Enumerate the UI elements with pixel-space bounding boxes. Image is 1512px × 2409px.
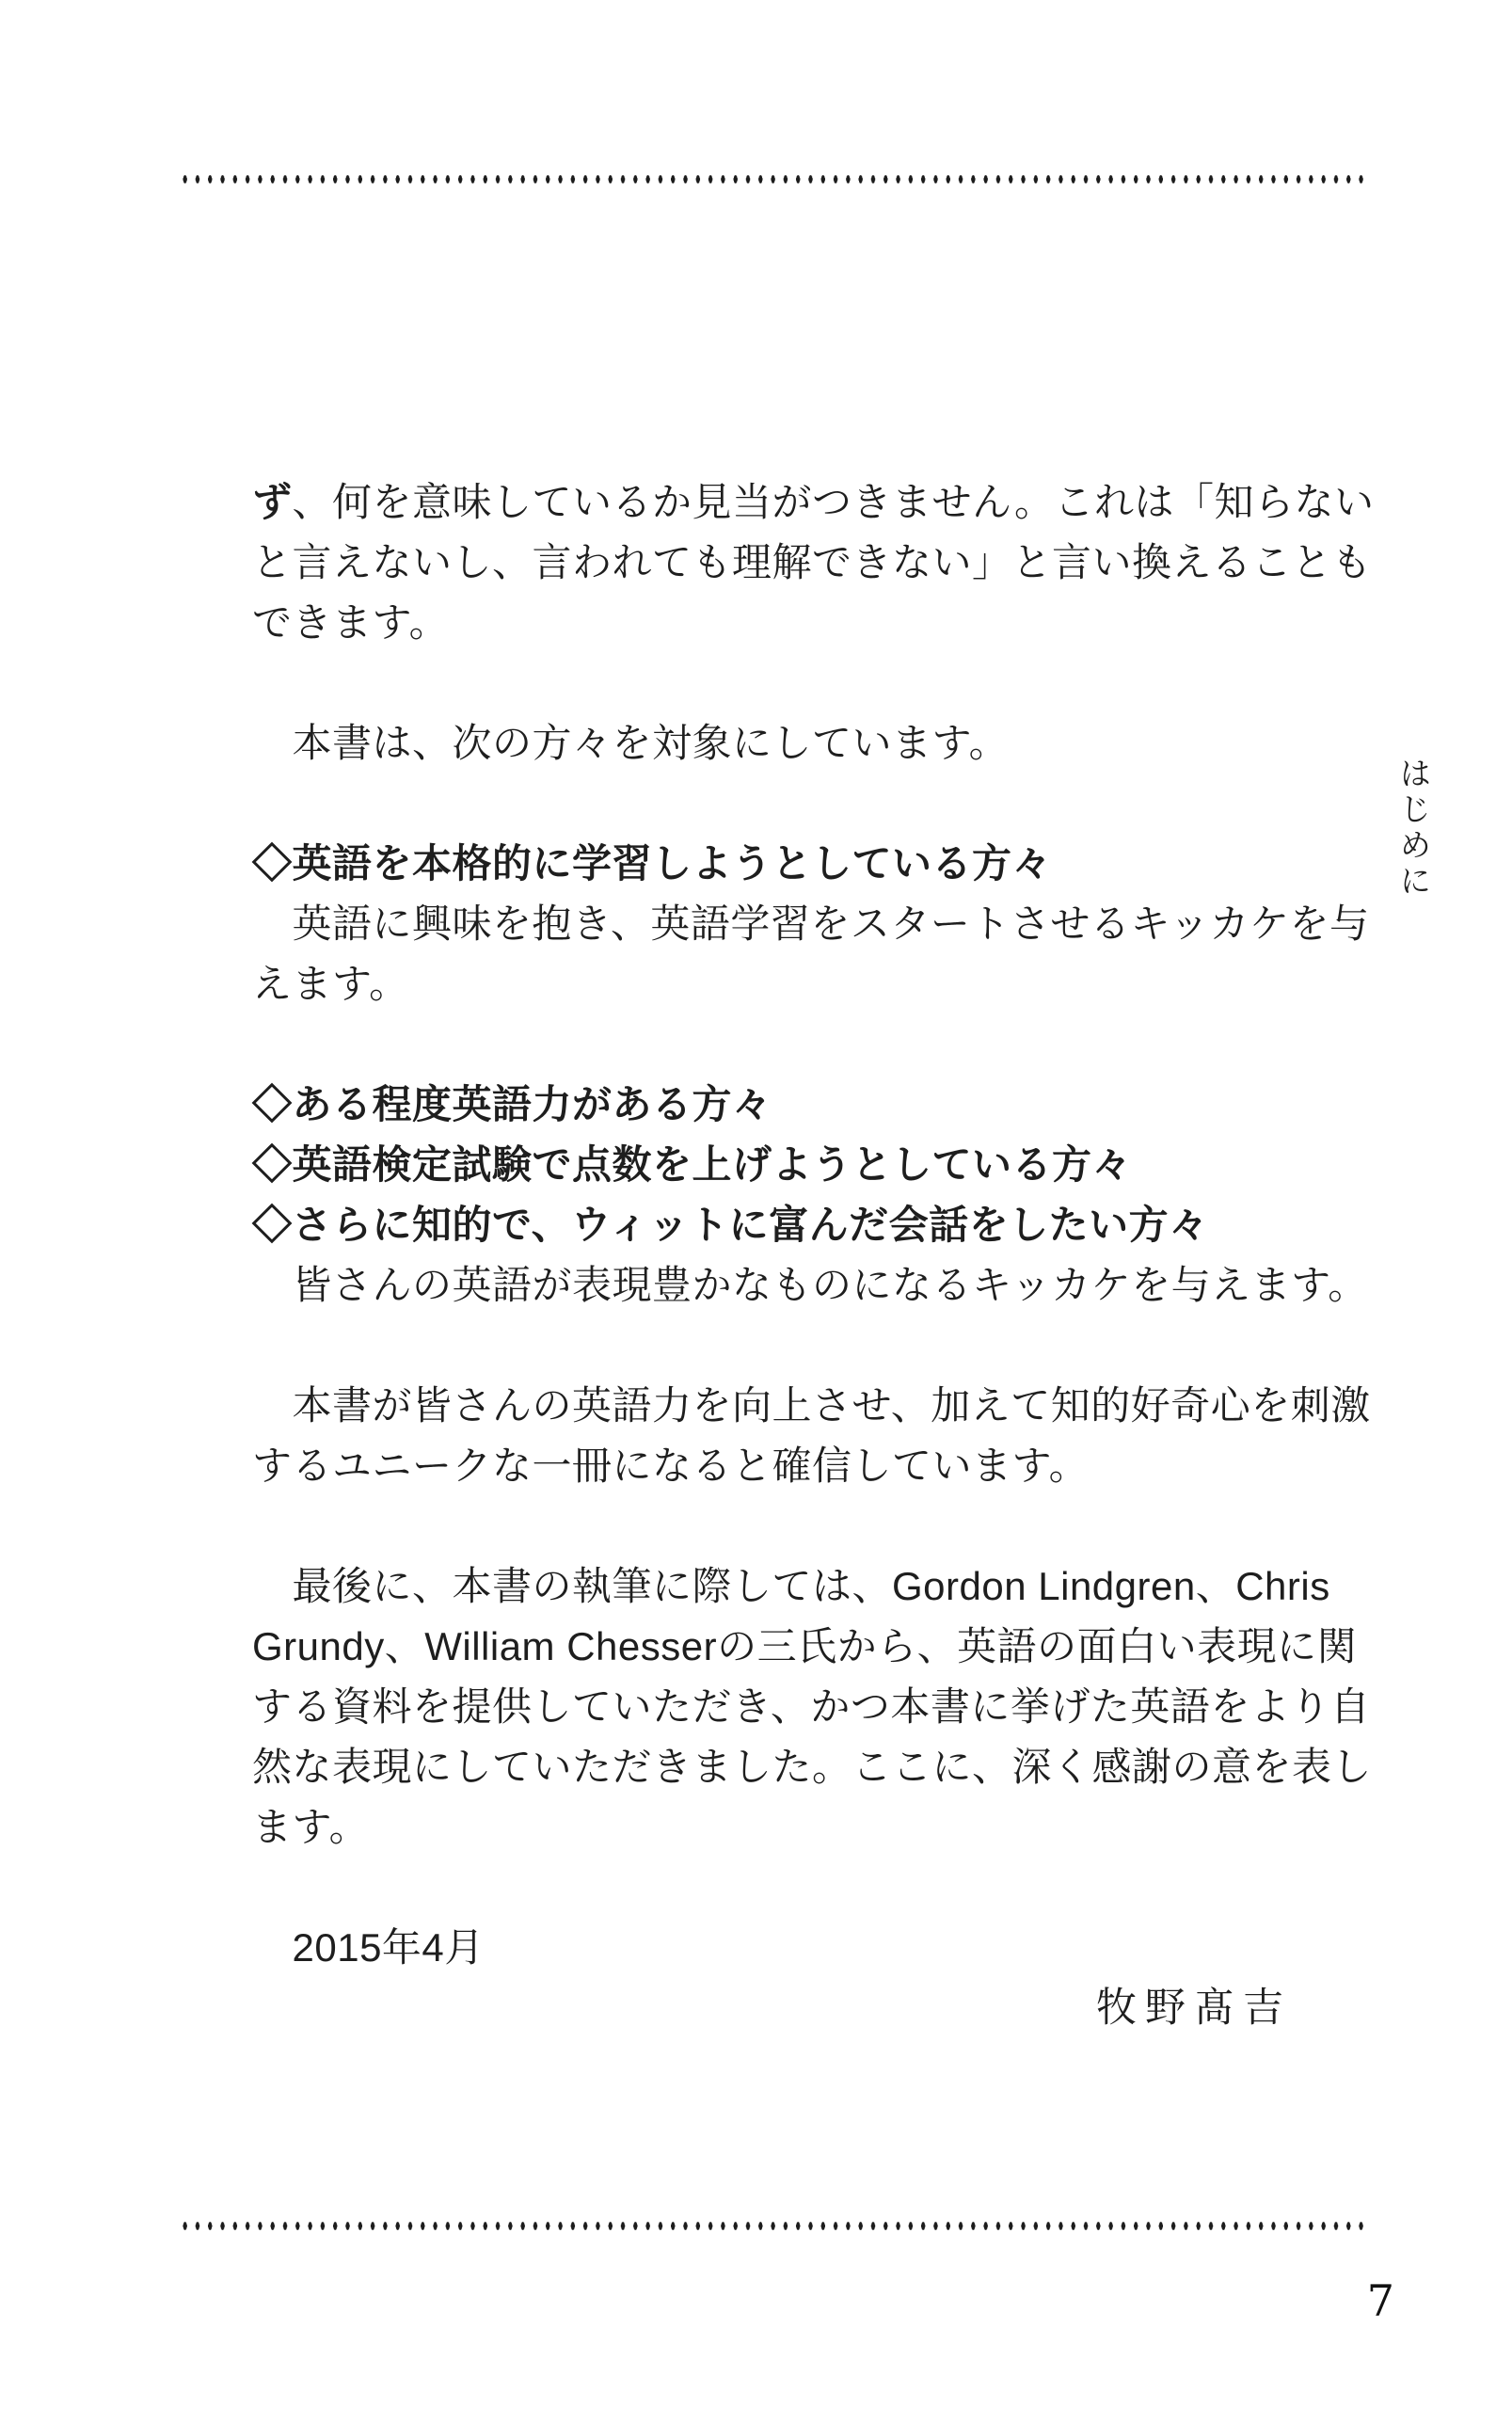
text-line: Grundy、William Chesserの三氏から、英語の面白い表現に関 <box>252 1617 1372 1677</box>
page-number: 7 <box>1317 2275 1394 2326</box>
paragraph: ず、何を意味しているか見当がつきません。これは「知らないと言えないし、言われても… <box>252 472 1372 653</box>
heading-line: ◇英語検定試験で点数を上げようとしている方々 <box>252 1135 1372 1195</box>
text-line: できます。 <box>252 593 1372 653</box>
text-line: 英語に興味を抱き、英語学習をスタートさせるキッカケを与 <box>252 894 1372 954</box>
paragraph: 最後に、本書の執筆に際しては、Gordon Lindgren、ChrisGrun… <box>252 1556 1372 1858</box>
top-dotted-rule <box>179 174 1370 184</box>
text-segment: 、何を意味しているか見当がつきません。これは「知らない <box>293 480 1375 524</box>
body-text: ず、何を意味しているか見当がつきません。これは「知らないと言えないし、言われても… <box>252 472 1372 2038</box>
text-segment: Grundy、William Chesserの三氏から、英語の面白い表現に関 <box>252 1624 1357 1668</box>
text-segment: 牧野髙吉 <box>1096 1986 1292 2031</box>
text-segment: 然な表現にしていただきました。ここに、深く感謝の意を表し <box>252 1745 1372 1789</box>
paragraph: 本書は、次の方々を対象にしています。 <box>252 713 1372 774</box>
text-line: する資料を提供していただき、かつ本書に挙げた英語をより自 <box>252 1677 1372 1737</box>
bold-text-segment: ず <box>252 480 293 524</box>
text-segment: する資料を提供していただき、かつ本書に挙げた英語をより自 <box>252 1684 1370 1729</box>
text-segment: 本書が皆さんの英語力を向上させ、加えて知的好奇心を刺激 <box>252 1383 1371 1428</box>
text-segment: ◇英語を本格的に学習しようとしている方々 <box>252 841 1052 885</box>
text-segment: 英語に興味を抱き、英語学習をスタートさせるキッカケを与 <box>252 901 1369 946</box>
text-segment: できます。 <box>252 600 449 645</box>
text-line: と言えないし、言われても理解できない」と言い換えることも <box>252 533 1372 593</box>
text-line: ず、何を意味しているか見当がつきません。これは「知らない <box>252 472 1372 533</box>
text-segment: ◇さらに知的で、ウィットに富んだ会話をしたい方々 <box>252 1203 1209 1247</box>
text-segment: ◇ある程度英語力がある方々 <box>252 1082 772 1126</box>
paragraph: 本書が皆さんの英語力を向上させ、加えて知的好奇心を刺激するユニークな一冊になると… <box>252 1376 1372 1496</box>
text-segment: ます。 <box>252 1805 369 1849</box>
text-line: 皆さんの英語が表現豊かなものになるキッカケを与えます。 <box>252 1255 1372 1316</box>
text-segment: ◇英語検定試験で点数を上げようとしている方々 <box>252 1142 1132 1187</box>
text-segment: 皆さんの英語が表現豊かなものになるキッカケを与えます。 <box>252 1263 1368 1307</box>
heading-line: ◇さらに知的で、ウィットに富んだ会話をしたい方々 <box>252 1195 1372 1255</box>
chapter-side-label: はじめに <box>1390 757 1436 900</box>
text-segment: と言えないし、言われても理解できない」と言い換えることも <box>252 540 1372 584</box>
text-line: 本書は、次の方々を対象にしています。 <box>252 713 1372 774</box>
text-line: 最後に、本書の執筆に際しては、Gordon Lindgren、Chris <box>252 1556 1372 1617</box>
author-name: 牧野髙吉 <box>252 1978 1372 2038</box>
text-segment: 本書は、次の方々を対象にしています。 <box>252 721 1009 765</box>
text-line: えます。 <box>252 954 1372 1014</box>
paragraph: 2015年4月牧野髙吉 <box>252 1918 1372 2038</box>
paragraph: ◇ある程度英語力がある方々◇英語検定試験で点数を上げようとしている方々◇さらに知… <box>252 1075 1372 1316</box>
text-line: 本書が皆さんの英語力を向上させ、加えて知的好奇心を刺激 <box>252 1376 1372 1436</box>
heading-line: ◇英語を本格的に学習しようとしている方々 <box>252 834 1372 894</box>
book-page: ず、何を意味しているか見当がつきません。これは「知らないと言えないし、言われても… <box>0 0 1512 2409</box>
text-line: ます。 <box>252 1797 1372 1858</box>
date-line: 2015年4月 <box>252 1918 1372 1978</box>
text-line: 然な表現にしていただきました。ここに、深く感謝の意を表し <box>252 1737 1372 1797</box>
text-segment: えます。 <box>252 962 409 1006</box>
text-segment: 2015年4月 <box>252 1925 485 1970</box>
text-segment: 最後に、本書の執筆に際しては、Gordon Lindgren、Chris <box>252 1564 1330 1608</box>
text-segment: するユニークな一冊になると確信しています。 <box>252 1444 1089 1488</box>
text-line: するユニークな一冊になると確信しています。 <box>252 1436 1372 1496</box>
heading-line: ◇ある程度英語力がある方々 <box>252 1075 1372 1135</box>
bottom-dotted-rule <box>179 2221 1370 2231</box>
paragraph: ◇英語を本格的に学習しようとしている方々 英語に興味を抱き、英語学習をスタートさ… <box>252 834 1372 1014</box>
